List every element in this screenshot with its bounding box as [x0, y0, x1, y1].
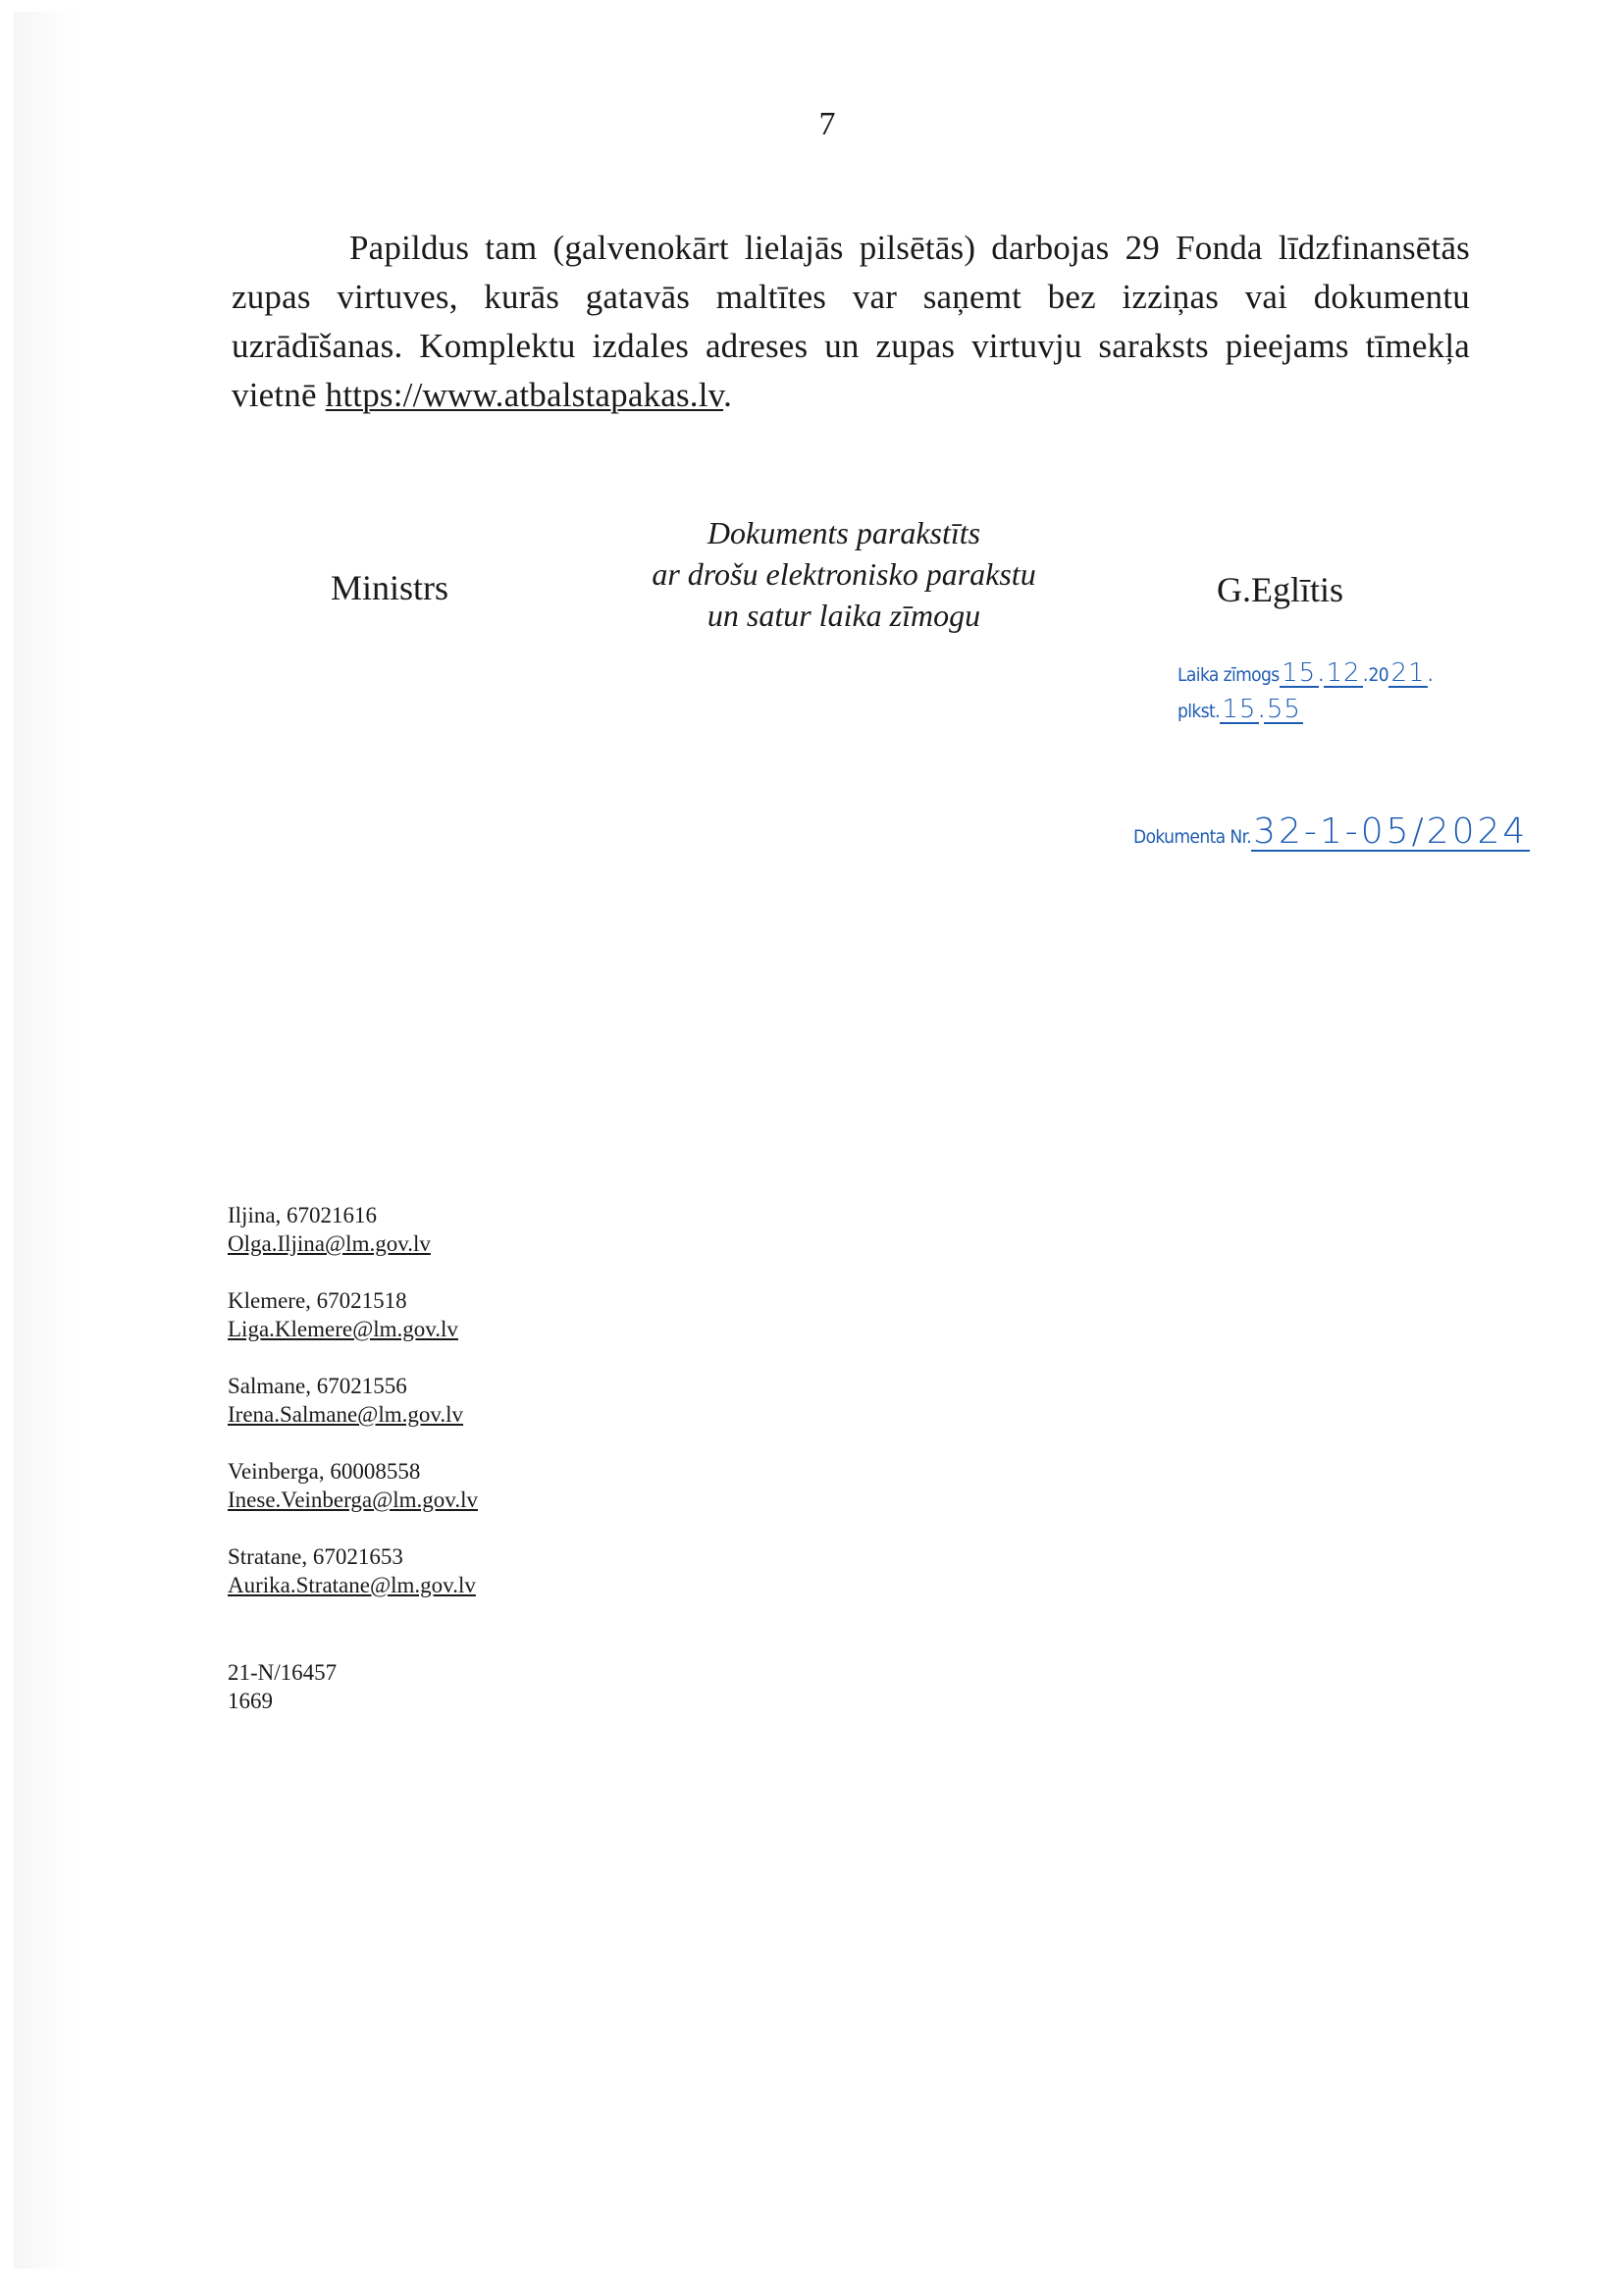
document-number-stamp: Dokumenta Nr.32-1-05/2024 — [1133, 814, 1530, 852]
document-number-value: 32-1-05/2024 — [1251, 814, 1530, 852]
signatory-name: G.Eglītis — [1217, 569, 1343, 610]
date-separator: . — [1428, 664, 1433, 686]
contact-name-phone: Klemere, 67021518 — [228, 1286, 478, 1315]
timestamp-date-row: Laika zīmogs15.12.2021. — [1178, 657, 1433, 694]
contact-name-phone: Salmane, 67021556 — [228, 1372, 478, 1400]
body-paragraph: Papildus tam (galvenokārt lielajās pilsē… — [232, 224, 1470, 420]
timestamp-time-label: plkst. — [1178, 701, 1220, 722]
contact-entry: Veinberga, 60008558 Inese.Veinberga@lm.g… — [228, 1457, 478, 1514]
contact-entry: Stratane, 67021653 Aurika.Stratane@lm.go… — [228, 1542, 478, 1599]
scan-edge-artifact — [14, 12, 82, 2269]
timestamp-stamp: Laika zīmogs15.12.2021. plkst.15.55 — [1178, 657, 1433, 730]
timestamp-year-suffix: 21 — [1388, 660, 1428, 688]
contact-entry: Salmane, 67021556 Irena.Salmane@lm.gov.l… — [228, 1372, 478, 1429]
timestamp-month: 12 — [1324, 660, 1363, 688]
timestamp-minute: 55 — [1264, 697, 1303, 724]
paragraph-end: . — [723, 376, 732, 414]
contact-entry: Klemere, 67021518 Liga.Klemere@lm.gov.lv — [228, 1286, 478, 1343]
contact-list: Iljina, 67021616 Olga.Iljina@lm.gov.lv K… — [228, 1201, 478, 1628]
contact-email-link[interactable]: Aurika.Stratane@lm.gov.lv — [228, 1573, 476, 1597]
timestamp-hour: 15 — [1220, 697, 1259, 724]
contact-name-phone: Veinberga, 60008558 — [228, 1457, 478, 1486]
timestamp-label: Laika zīmogs — [1178, 664, 1280, 686]
e-signature-note-line: un satur laika zīmogu — [589, 595, 1099, 636]
contact-email-link[interactable]: Olga.Iljina@lm.gov.lv — [228, 1231, 431, 1256]
e-signature-note: Dokuments parakstīts ar drošu elektronis… — [589, 512, 1099, 636]
e-signature-note-line: ar drošu elektronisko parakstu — [589, 553, 1099, 595]
contact-email-link[interactable]: Inese.Veinberga@lm.gov.lv — [228, 1487, 478, 1512]
reference-numbers: 21-N/16457 1669 — [228, 1658, 337, 1715]
registration-number: 21-N/16457 — [228, 1658, 337, 1687]
e-signature-note-line: Dokuments parakstīts — [589, 512, 1099, 553]
contact-email-link[interactable]: Irena.Salmane@lm.gov.lv — [228, 1402, 463, 1427]
reference-code: 1669 — [228, 1687, 337, 1715]
page-number: 7 — [16, 106, 1623, 143]
timestamp-day: 15 — [1280, 660, 1319, 688]
contact-email-link[interactable]: Liga.Klemere@lm.gov.lv — [228, 1317, 458, 1341]
timestamp-time-row: plkst.15.55 — [1178, 694, 1433, 730]
contact-name-phone: Stratane, 67021653 — [228, 1542, 478, 1571]
timestamp-year-prefix: 20 — [1368, 664, 1388, 686]
website-link[interactable]: https://www.atbalstapakas.lv — [326, 376, 723, 414]
signatory-role: Ministrs — [331, 567, 448, 608]
contact-entry: Iljina, 67021616 Olga.Iljina@lm.gov.lv — [228, 1201, 478, 1258]
contact-name-phone: Iljina, 67021616 — [228, 1201, 478, 1229]
document-number-label: Dokumenta Nr. — [1133, 826, 1251, 848]
